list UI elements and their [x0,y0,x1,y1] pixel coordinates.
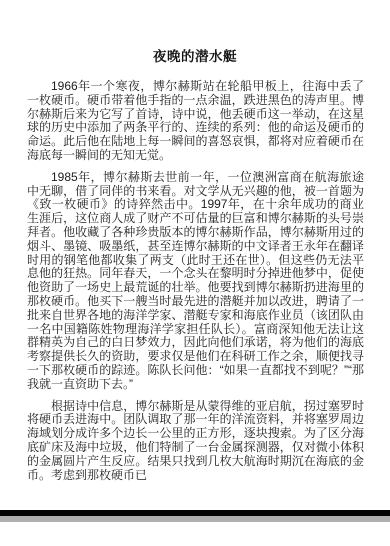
paragraph-3: 根据诗中信息，博尔赫斯是从蒙得维的亚启航，拐过塞罗时将硬币丢进海中。团队调取了那… [27,400,364,483]
page-title: 夜晚的潜水艇 [0,0,390,65]
document-page: 夜晚的潜水艇 1966年一个寒夜，博尔赫斯站在轮船甲板上，往海中丢了一枚硬币。硬… [0,0,390,546]
page-bottom-shadow [0,516,390,522]
body-text: 1966年一个寒夜，博尔赫斯站在轮船甲板上，往海中丢了一枚硬币。硬币带着他手指的… [27,80,364,482]
paragraph-2: 1985年，博尔赫斯去世前一年，一位澳洲富商在航海旅途中无聊，借了同伴的书来看。… [27,171,364,392]
paragraph-1: 1966年一个寒夜，博尔赫斯站在轮船甲板上，往海中丢了一枚硬币。硬币带着他手指的… [27,80,364,163]
